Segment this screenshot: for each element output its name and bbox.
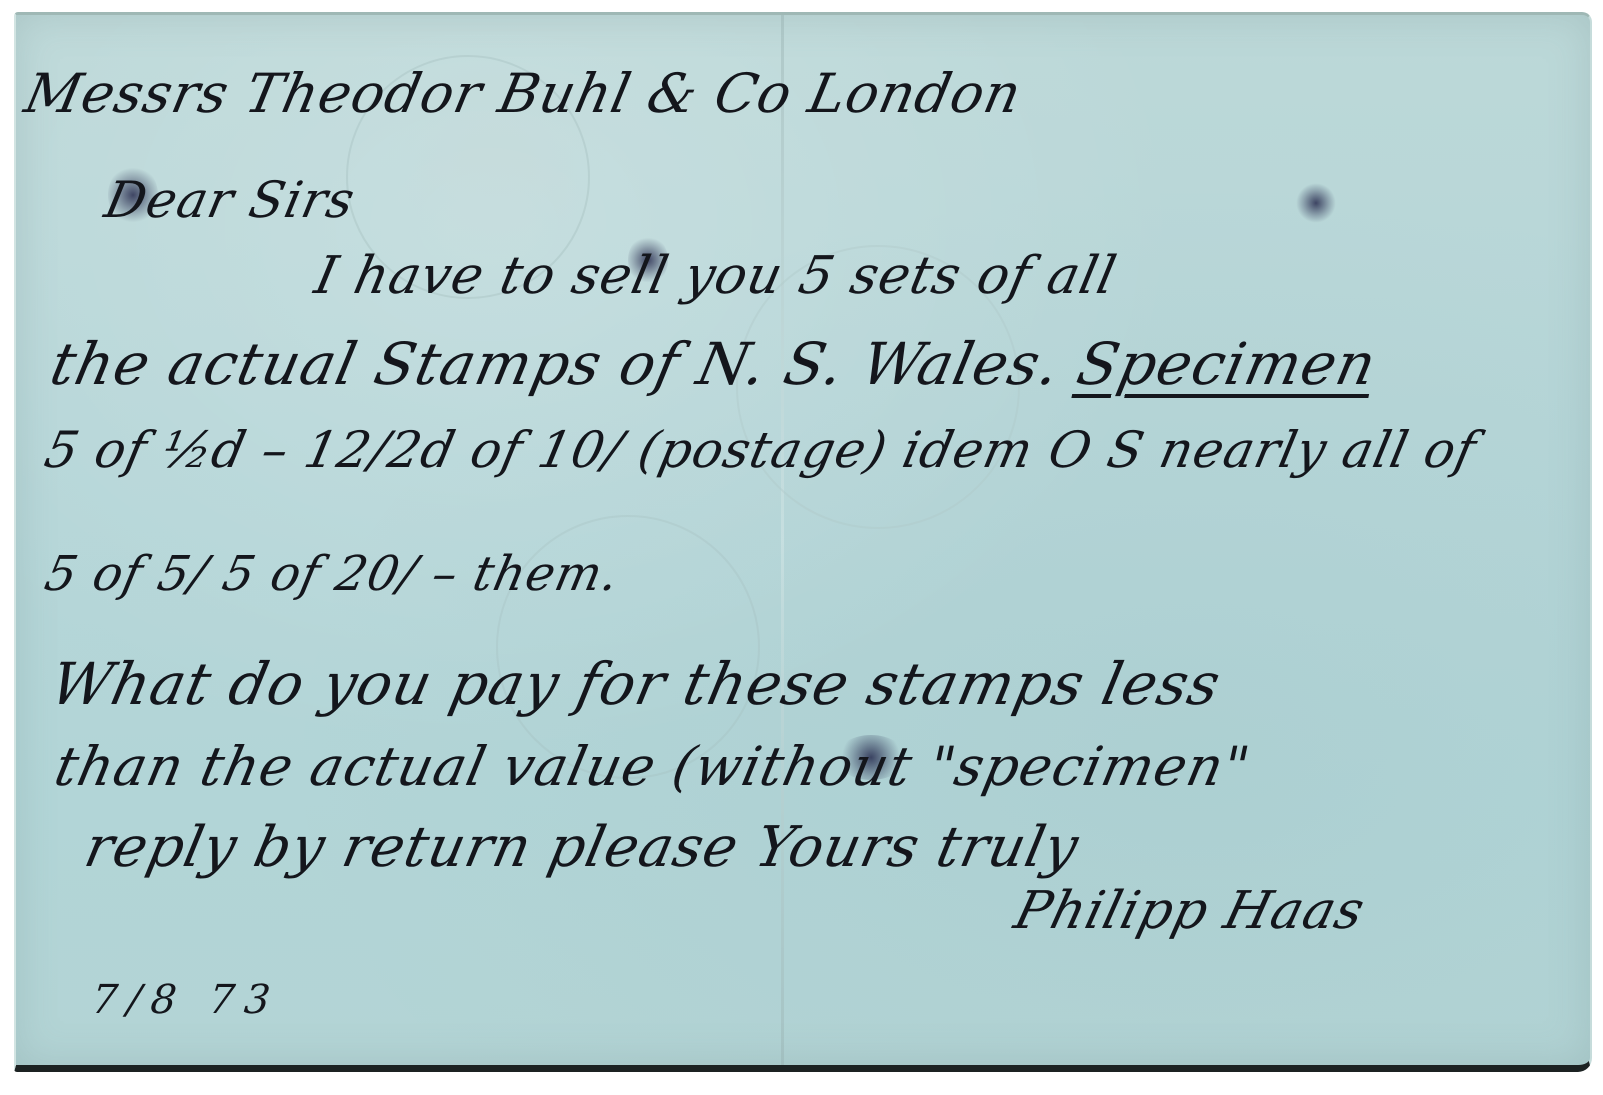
body-line-2-text: the actual Stamps of N. S. Wales. Specim… bbox=[45, 330, 1383, 398]
postcard: Messrs Theodor Buhl & Co London Dear Sir… bbox=[14, 12, 1592, 1072]
date-note: 7/8 73 bbox=[90, 980, 282, 1020]
body-line-5: What do you pay for these stamps less bbox=[46, 655, 1226, 713]
center-fold-crease bbox=[781, 15, 784, 1065]
body-line-6: than the actual value (without "specimen… bbox=[50, 740, 1255, 794]
signature: Philipp Haas bbox=[1010, 885, 1370, 937]
underlined-specimen-word: Specimen bbox=[1071, 330, 1382, 398]
recipient-address: Messrs Theodor Buhl & Co London bbox=[20, 67, 1026, 121]
salutation: Dear Sirs bbox=[101, 175, 360, 225]
body-line-2: the actual Stamps of N. S. Wales. Specim… bbox=[46, 335, 1382, 393]
body-line-1: I have to sell you 5 sets of all bbox=[310, 250, 1121, 302]
body-line-4: 5 of 5/ 5 of 20/ – them. bbox=[41, 550, 624, 598]
body-line-3: 5 of ½d – 12/2d of 10/ (postage) idem O … bbox=[41, 425, 1481, 475]
ink-blot bbox=[1296, 183, 1336, 223]
body-line-7: reply by return please Yours truly bbox=[80, 820, 1083, 876]
